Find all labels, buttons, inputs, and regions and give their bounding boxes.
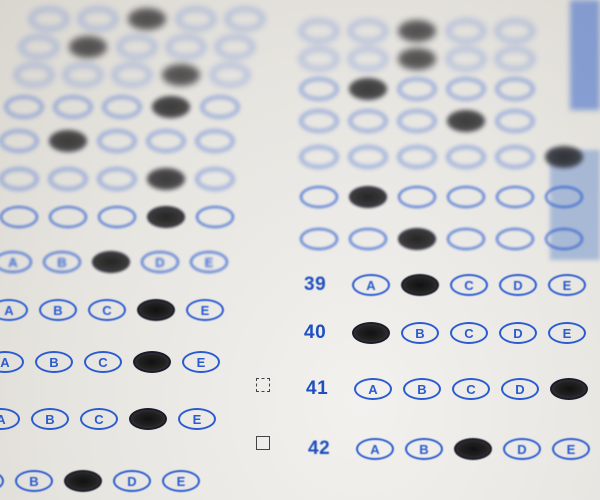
answer-row: ABDE xyxy=(0,470,211,492)
blurred-row xyxy=(300,186,594,208)
blurred-row xyxy=(300,78,545,100)
answer-row: ABCE xyxy=(0,299,235,321)
blurred-row xyxy=(300,110,545,132)
blurred-row xyxy=(300,48,545,70)
answer-row: ABDE xyxy=(0,251,239,273)
question-row-39: 39 ACDE xyxy=(304,274,597,296)
blurred-row xyxy=(0,206,245,228)
answer-sheet-photo: ABDE ABCE ABCE ABCE ABDE 39 ACDE 40 BCDE… xyxy=(0,0,600,500)
timing-mark xyxy=(256,436,270,450)
timing-mark xyxy=(256,378,270,392)
answer-row: ABCE xyxy=(0,351,231,373)
question-row-41: 41 ABCD xyxy=(306,378,599,400)
blurred-row xyxy=(0,130,245,152)
blurred-row xyxy=(300,146,594,168)
blurred-row xyxy=(300,228,594,250)
sheet-edge-marker xyxy=(570,0,600,110)
blurred-row xyxy=(30,8,275,30)
blurred-row xyxy=(20,36,265,58)
blurred-row xyxy=(15,64,260,86)
blurred-row xyxy=(300,20,545,42)
blurred-row xyxy=(0,168,245,190)
question-row-40: 40 BCDE xyxy=(304,322,597,344)
question-row-42: 42 ABDE xyxy=(308,438,600,460)
blurred-row xyxy=(5,96,250,118)
answer-row: ABCE xyxy=(0,408,227,430)
